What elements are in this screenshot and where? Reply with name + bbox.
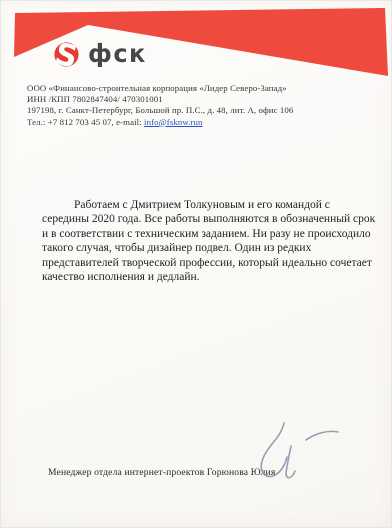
handwritten-signature	[246, 412, 346, 494]
email-link[interactable]: info@fsknw.run	[144, 117, 203, 127]
logo-wordmark: фск	[88, 41, 147, 68]
company-inn-line: ИНН /КПП 7802847404/ 470301001	[27, 94, 347, 105]
phone-label: Тел.: +7 812 703 45 07, e-mail:	[27, 117, 144, 127]
signature-strokes	[261, 423, 338, 478]
company-name-line: ООО «Финансово-строительная корпорация «…	[27, 83, 347, 94]
signoff-line: Менеджер отдела интернет-проектов Горюно…	[48, 467, 275, 478]
letter-body-paragraph: Работаем с Дмитрием Толкуновым и его ком…	[42, 198, 379, 285]
letter-page: S фск ООО «Финансово-строительная корпор…	[0, 0, 392, 528]
company-requisites: ООО «Финансово-строительная корпорация «…	[27, 83, 347, 128]
logo-s-glyph: S	[54, 42, 79, 67]
fsk-logo-icon: S	[54, 42, 79, 67]
company-contact-line: Тел.: +7 812 703 45 07, e-mail: info@fsk…	[27, 117, 347, 128]
company-logo: S фск	[54, 41, 147, 67]
company-address-line: 197198, г. Санкт-Петербург, Большой пр. …	[27, 105, 347, 116]
